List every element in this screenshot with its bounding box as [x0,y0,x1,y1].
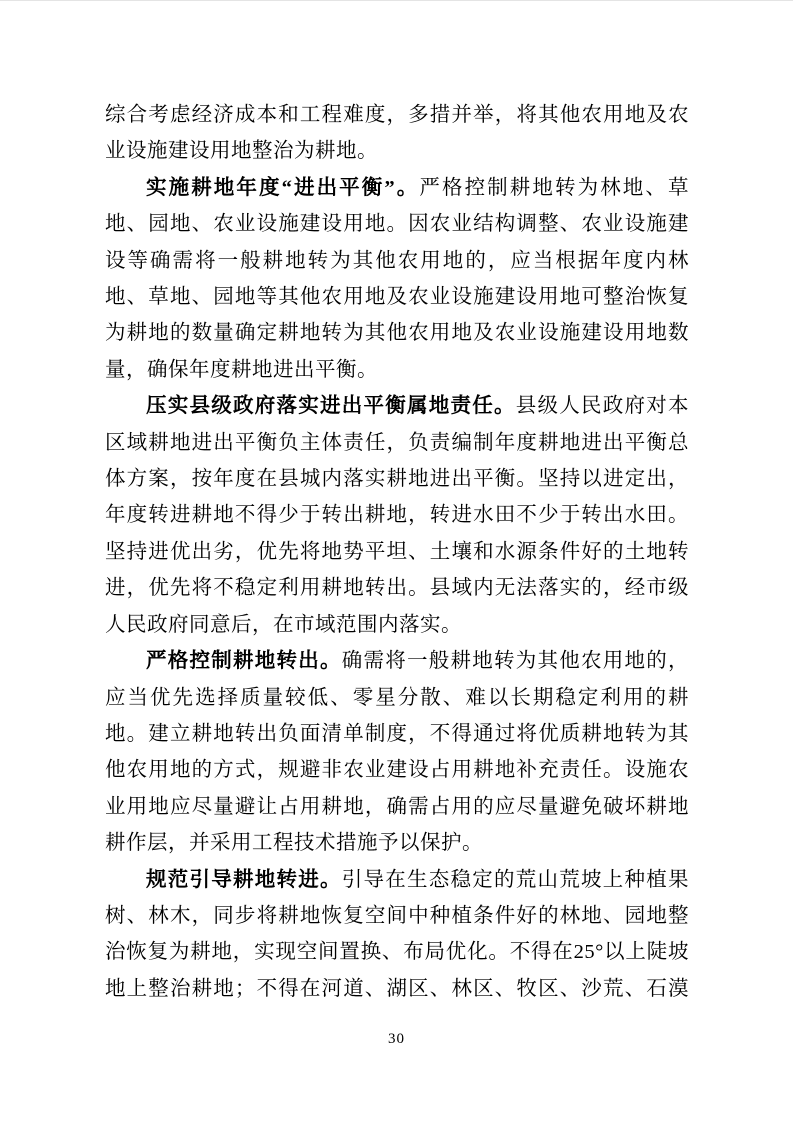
paragraph-lead: 规范引导耕地转进。 [146,869,342,891]
paragraph-text: 县级人民政府对本区域耕地进出平衡负主体责任，负责编制年度耕地进出平衡总体方案，按… [105,395,689,635]
paragraph: 严格控制耕地转出。确需将一般耕地转为其他农用地的，应当优先选择质量较低、零星分散… [105,643,689,861]
paragraph-text: 确需将一般耕地转为其他农用地的，应当优先选择质量较低、零星分散、难以长期稳定利用… [105,650,689,854]
paragraph: 实施耕地年度“进出平衡”。严格控制耕地转为林地、草地、园地、农业设施建设用地。因… [105,170,689,388]
paragraph: 压实县级政府落实进出平衡属地责任。县级人民政府对本区域耕地进出平衡负主体责任，负… [105,388,689,643]
paragraph-lead: 严格控制耕地转出。 [146,650,342,672]
paragraph: 综合考虑经济成本和工程难度，多措并举，将其他农用地及农业设施建设用地整治为耕地。 [105,97,689,170]
scan-edge-line [0,0,793,1]
paragraph-lead: 实施耕地年度“进出平衡”。 [146,177,419,199]
paragraph-text: 综合考虑经济成本和工程难度，多措并举，将其他农用地及农业设施建设用地整治为耕地。 [105,104,689,162]
paragraph: 规范引导耕地转进。引导在生态稳定的荒山荒坡上种植果树、林木，同步将耕地恢复空间中… [105,862,689,1012]
document-page: 综合考虑经济成本和工程难度，多措并举，将其他农用地及农业设施建设用地整治为耕地。… [0,0,793,1122]
document-body: 综合考虑经济成本和工程难度，多措并举，将其他农用地及农业设施建设用地整治为耕地。… [105,97,689,1012]
paragraph-text: 严格控制耕地转为林地、草地、园地、农业设施建设用地。因农业结构调整、农业设施建设… [105,177,689,381]
page-number: 30 [0,1031,793,1048]
paragraph-lead: 压实县级政府落实进出平衡属地责任。 [146,395,516,417]
